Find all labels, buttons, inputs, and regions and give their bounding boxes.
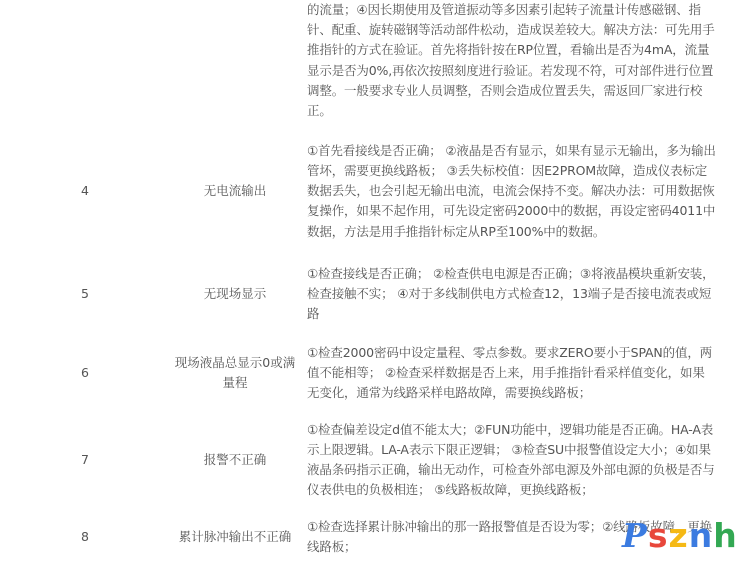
fault-title: 报警不正确 (170, 413, 300, 507)
fault-title: 无电流输出 (170, 127, 300, 255)
row-number: 5 (0, 255, 170, 333)
table-row: 的流量；④因长期使用及管道振动等多因素引起转子流量计传感磁钢、指针、配重、旋转磁… (0, 0, 751, 127)
row-number: 7 (0, 413, 170, 507)
logo-letter: P (622, 516, 648, 555)
table-row: 4 无电流输出 ①首先看接线是否正确； ②液晶是否有显示，如果有显示无输出，多为… (0, 127, 751, 255)
fault-solution: ①检查2000密码中设定量程、零点参数。要求ZERO要小于SPAN的值，两值不能… (300, 333, 751, 413)
table-row: 6 现场液晶总显示0或满量程 ①检查2000密码中设定量程、零点参数。要求ZER… (0, 333, 751, 413)
fault-solution: ①检查接线是否正确； ②检查供电电源是否正确；③将液晶模块重新安装，检查接触不实… (300, 255, 751, 333)
fault-solution: ①首先看接线是否正确； ②液晶是否有显示，如果有显示无输出，多为输出管坏，需要更… (300, 127, 751, 255)
logo-letter: s (648, 516, 669, 555)
watermark-logo: Psznh (622, 516, 738, 556)
fault-title (170, 0, 300, 127)
table-row: 7 报警不正确 ①检查偏差设定d值不能太大；②FUN功能中，逻辑功能是否正确。H… (0, 413, 751, 507)
table-row: 5 无现场显示 ①检查接线是否正确； ②检查供电电源是否正确；③将液晶模块重新安… (0, 255, 751, 333)
fault-solution: ①检查偏差设定d值不能太大；②FUN功能中，逻辑功能是否正确。HA-A表示上限逻… (300, 413, 751, 507)
fault-title: 无现场显示 (170, 255, 300, 333)
row-number: 8 (0, 507, 170, 562)
row-number: 6 (0, 333, 170, 413)
row-number: 4 (0, 127, 170, 255)
row-number (0, 0, 170, 127)
logo-letter: n (689, 516, 714, 555)
fault-table: 的流量；④因长期使用及管道振动等多因素引起转子流量计传感磁钢、指针、配重、旋转磁… (0, 0, 751, 562)
fault-title: 累计脉冲输出不正确 (170, 507, 300, 562)
fault-solution: 的流量；④因长期使用及管道振动等多因素引起转子流量计传感磁钢、指针、配重、旋转磁… (300, 0, 751, 127)
logo-letter: h (713, 516, 738, 555)
fault-title: 现场液晶总显示0或满量程 (170, 333, 300, 413)
logo-letter: z (668, 516, 688, 555)
